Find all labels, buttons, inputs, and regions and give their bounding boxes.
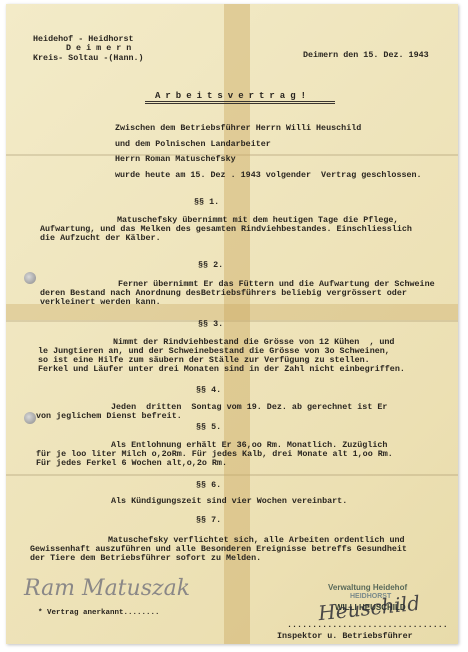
place-date: Deimern den 15. Dez. 1943	[303, 50, 429, 60]
section-heading: §§ 5.	[196, 422, 221, 432]
section-heading: §§ 2.	[198, 260, 223, 270]
section-heading: §§ 3.	[198, 319, 223, 329]
section-line: Für jedes Ferkel 6 Wochen alt,o,2o Rm.	[36, 458, 227, 468]
sender-line-3: Kreis- Soltau -(Hann.)	[33, 53, 144, 63]
stamp-line-1: Verwaltung Heidehof	[328, 583, 407, 592]
worker-signature: Ram Matuszak	[24, 576, 190, 601]
section-heading: §§ 7.	[196, 515, 221, 525]
section-heading: §§ 6.	[196, 480, 221, 490]
section-line: Ferkel und Läufer unter drei Monaten sin…	[38, 364, 405, 374]
sender-line-2: D e i m e r n	[66, 43, 131, 53]
section-line: verkleinert werden kann.	[40, 297, 161, 307]
employer-caption: Inspektor u. Betriebsführer	[277, 631, 413, 641]
section-heading: §§ 1.	[194, 197, 219, 207]
document-title: Arbeitsvertrag!	[155, 91, 311, 101]
section-line: die Aufzucht der Kälber.	[40, 233, 161, 243]
section-line: von jeglichem Dienst befreit.	[36, 411, 182, 421]
title-underline	[145, 101, 335, 104]
section-heading: §§ 4.	[196, 385, 221, 395]
signature-dots: ................................	[287, 620, 448, 630]
intro-line: wurde heute am 15. Dez . 1943 volgender …	[115, 170, 422, 180]
punch-hole-icon	[24, 272, 36, 284]
intro-line: Herrn Roman Matuschefsky	[115, 154, 236, 164]
intro-line: Zwischen dem Betriebsführer Herrn Willi …	[115, 123, 361, 133]
section-line: Als Kündigungszeit sind vier Wochen vere…	[111, 496, 347, 506]
section-line: der Tiere dem Betriebsführer sofort zu M…	[30, 553, 261, 563]
agreement-caption: * Vertrag anerkannt........	[38, 608, 160, 618]
punch-hole-icon	[24, 412, 36, 424]
intro-line: und dem Polnischen Landarbeiter	[115, 139, 271, 149]
